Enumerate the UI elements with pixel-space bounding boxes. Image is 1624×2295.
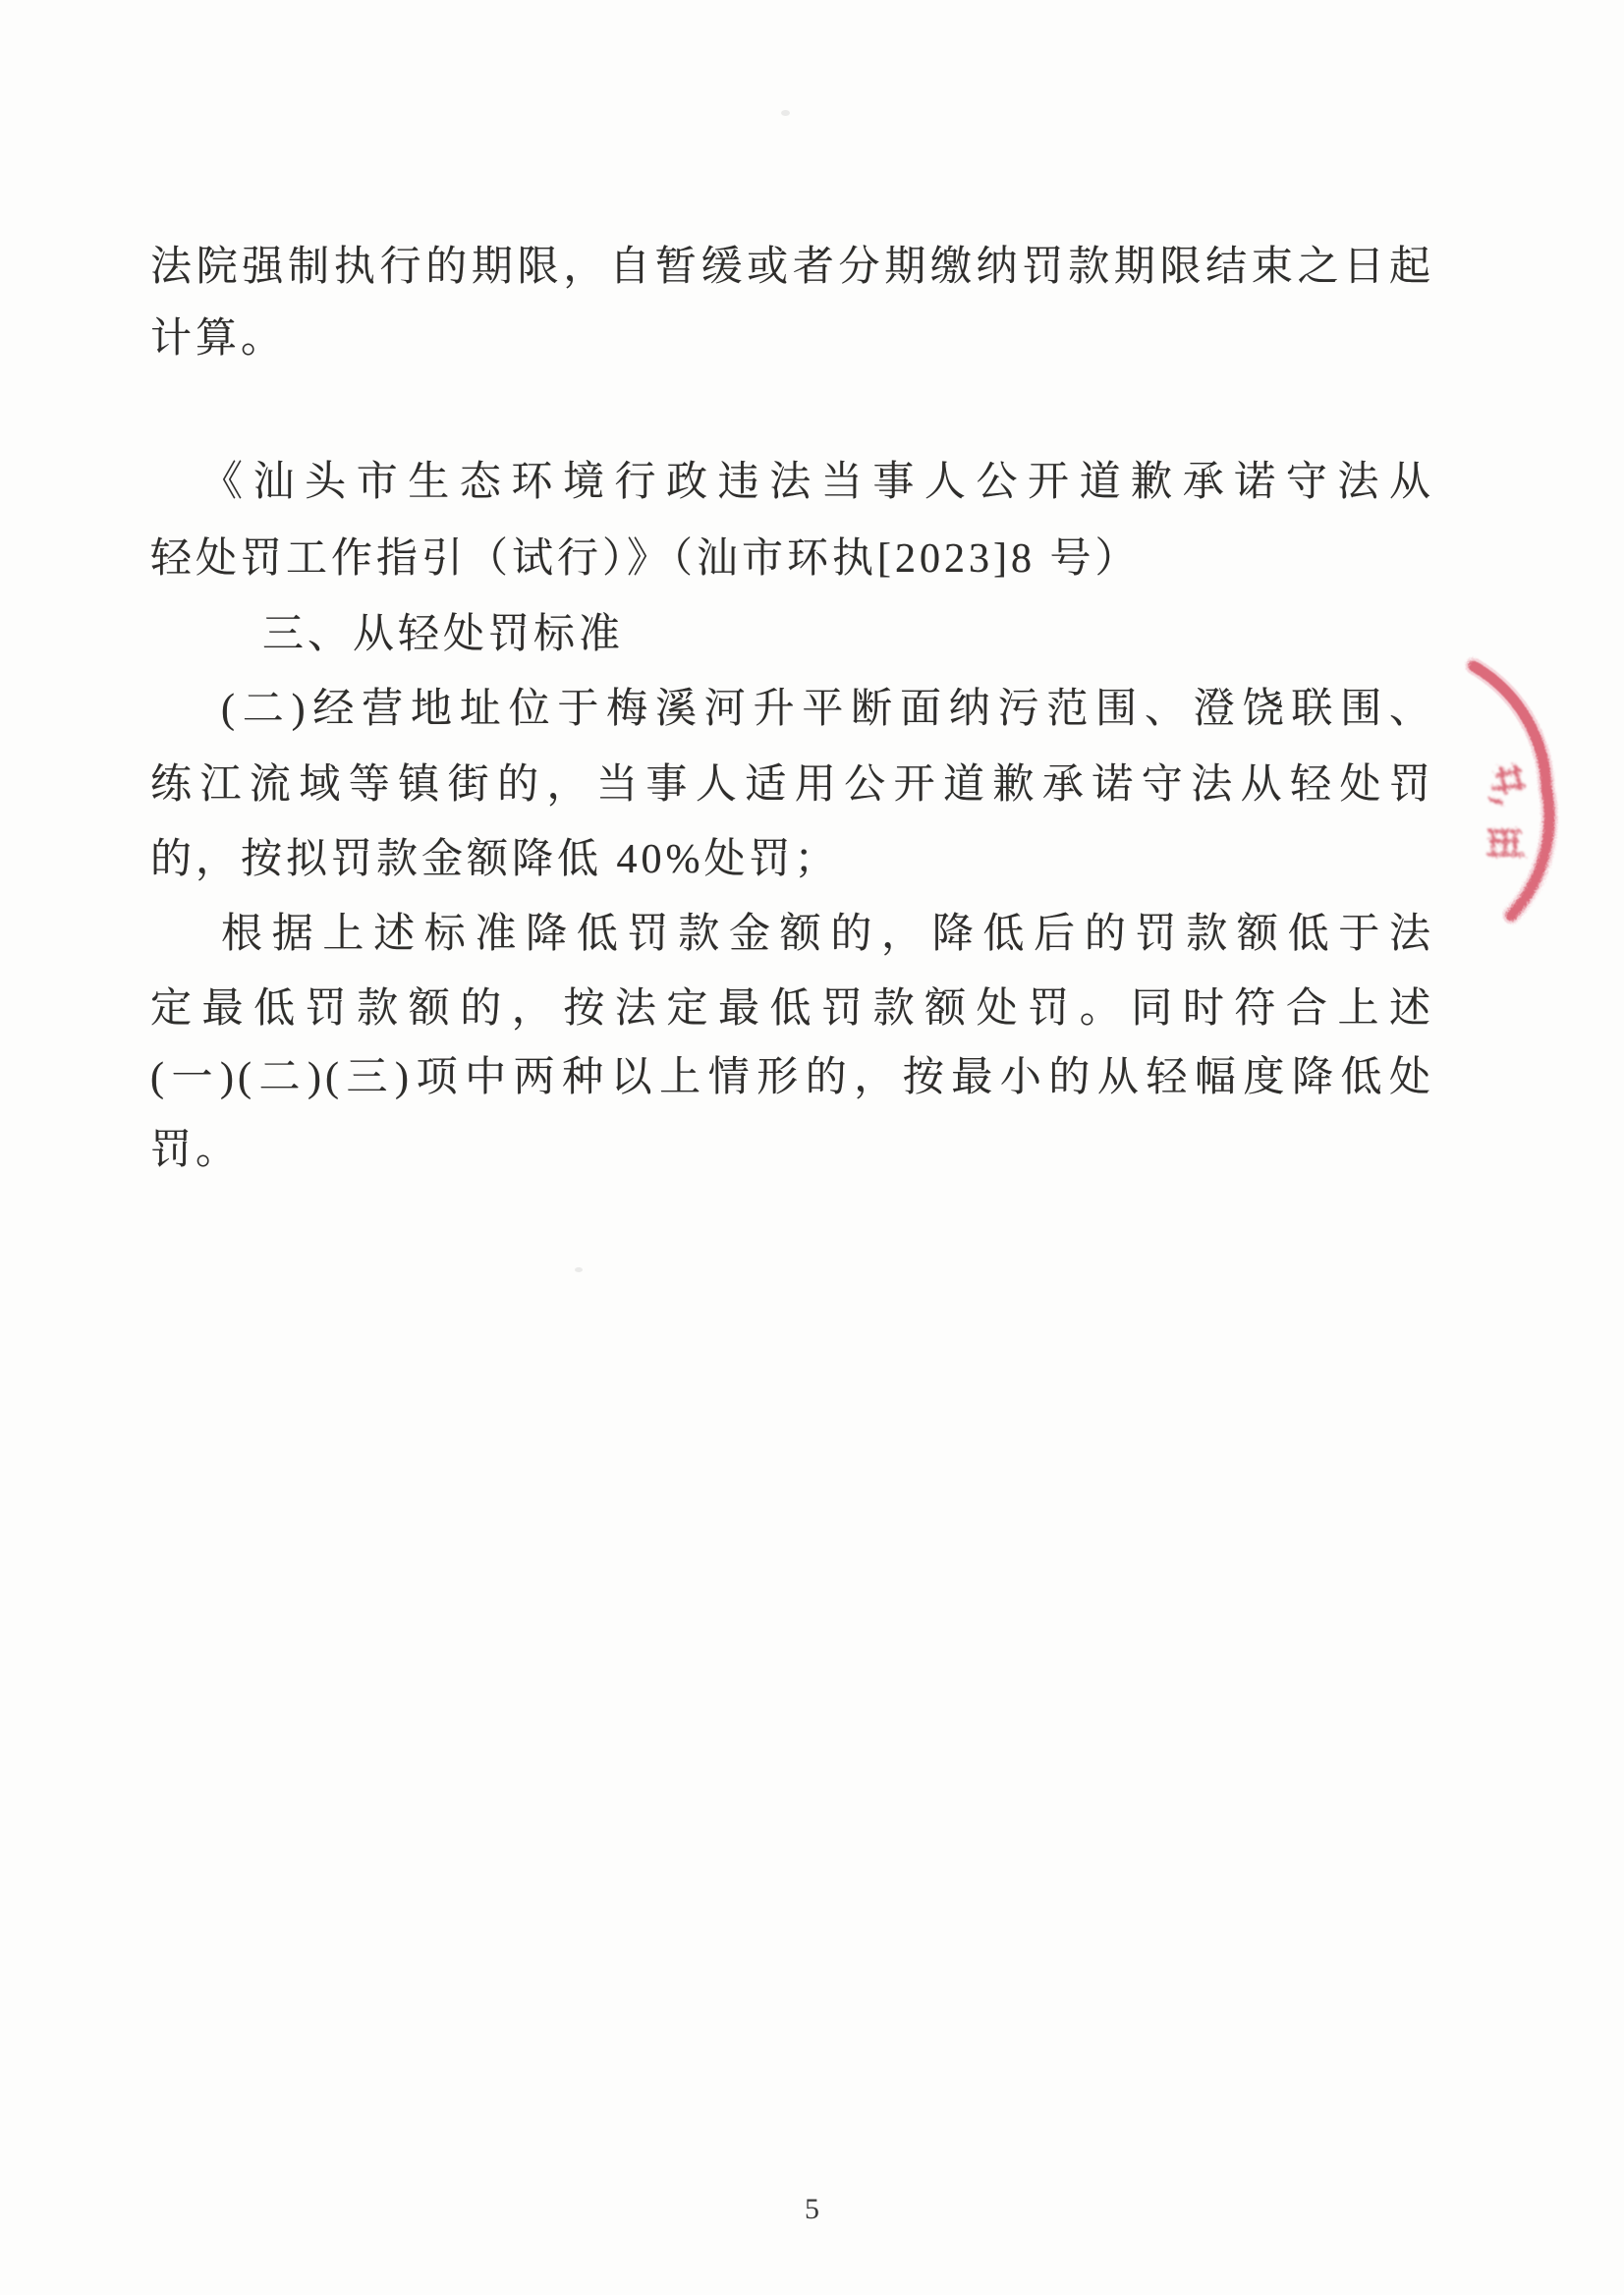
document-line: 定最低罚款额的，按法定最低罚款额处罚。同时符合上述 bbox=[150, 980, 1434, 1037]
document-line: 轻处罚工作指引（试行）》（汕市环执[2023]8 号） bbox=[150, 531, 1434, 588]
document-line: 的，按拟罚款金额降低 40%处罚； bbox=[150, 831, 1434, 888]
document-line: 法院强制执行的期限，自暂缓或者分期缴纳罚款期限结束之日起 bbox=[150, 239, 1434, 296]
official-red-seal-icon bbox=[1444, 629, 1624, 933]
document-page: 法院强制执行的期限，自暂缓或者分期缴纳罚款期限结束之日起 计算。 《汕头市生态环… bbox=[0, 0, 1624, 2295]
document-line: 三、从轻处罚标准 bbox=[150, 606, 1546, 663]
page-number: 5 bbox=[0, 2193, 1624, 2226]
document-line: 根据上述标准降低罚款金额的，降低后的罚款额低于法 bbox=[150, 906, 1434, 963]
document-line: 计算。 bbox=[150, 310, 1434, 367]
document-line: 罚。 bbox=[150, 1122, 1434, 1179]
document-line: (二)经营地址位于梅溪河升平断面纳污范围、澄饶联围、 bbox=[150, 681, 1434, 738]
scan-speck bbox=[781, 110, 790, 116]
document-line: 练江流域等镇街的，当事人适用公开道歉承诺守法从轻处罚 bbox=[150, 756, 1434, 813]
document-line: (一)(二)(三)项中两种以上情形的，按最小的从轻幅度降低处 bbox=[150, 1049, 1434, 1106]
scan-speck bbox=[575, 1267, 583, 1272]
document-line: 《汕头市生态环境行政违法当事人公开道歉承诺守法从 bbox=[150, 454, 1434, 511]
